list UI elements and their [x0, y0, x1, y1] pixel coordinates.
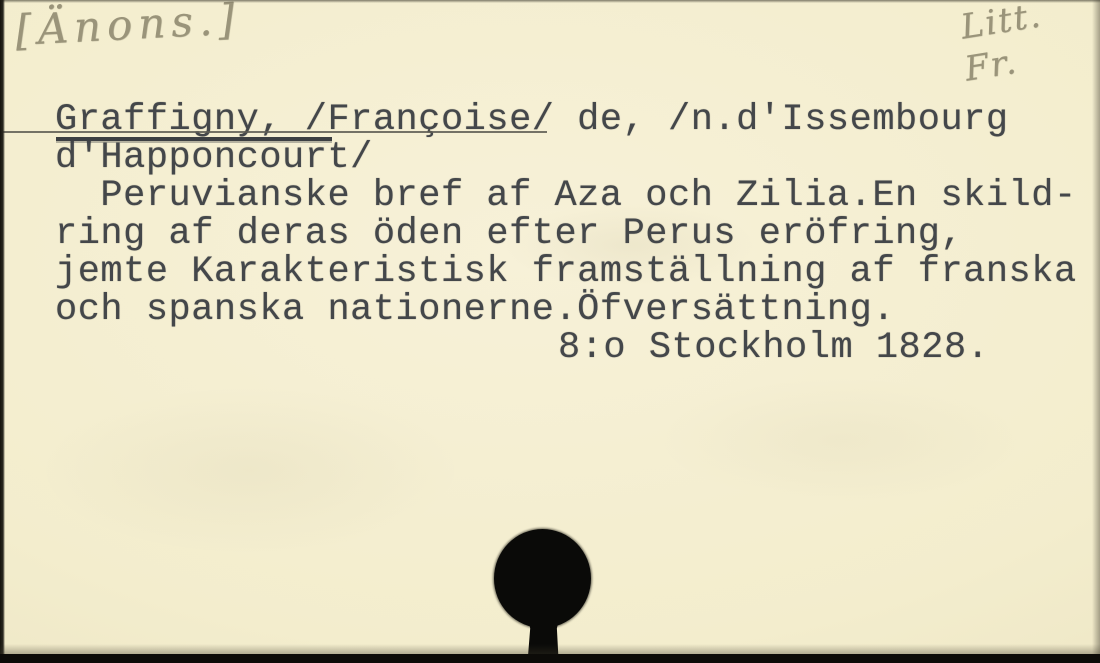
annotation-anonymous: [Änons.] [14, 0, 242, 55]
heading-author-line1: Graffigny, /Françoise/ de, /n.d'Issembou… [55, 101, 1009, 139]
pencil-underline [0, 131, 547, 133]
annotation-subject-fr: Fr. [962, 42, 1021, 90]
title-line-2: ring af deras öden efter Perus eröfring, [55, 215, 963, 253]
catalog-card-scan: [Änons.] Litt. Fr. Graffigny, /Françoise… [0, 0, 1100, 663]
heading-author-line2: d'Happoncourt/ [55, 139, 373, 177]
scan-edge-bottom [0, 654, 1100, 663]
title-line-4: och spanska nationerne.Öfversättning. [55, 291, 895, 329]
author-name-underline [56, 137, 332, 141]
annotation-subject-litt: Litt. [958, 0, 1045, 48]
title-line-3: jemte Karakteristisk framställning af fr… [55, 253, 1077, 291]
scan-edge-right [1092, 0, 1100, 663]
scan-edge-bottom-shadow [0, 644, 1100, 654]
scan-edge-left [0, 0, 5, 663]
title-line-1: Peruvianske bref af Aza och Zilia.En ski… [55, 177, 1077, 215]
imprint-format-place-year: 8:o Stockholm 1828. [558, 329, 989, 367]
scan-edge-top [0, 0, 1100, 3]
